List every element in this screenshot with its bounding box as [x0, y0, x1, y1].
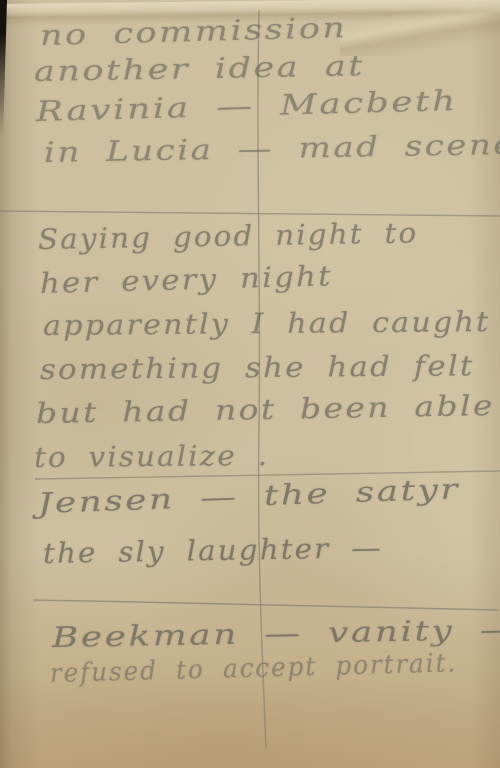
handwritten-line: the sly laughter — — [43, 532, 383, 570]
handwritten-line: Saying good night to — [38, 217, 419, 256]
handwritten-line: another idea at — [34, 50, 365, 88]
handwritten-line: her every night — [40, 260, 334, 300]
handwritten-line: but had not been able — [36, 390, 495, 430]
handwritten-line: to visualize . — [34, 440, 269, 474]
handwritten-line: refused to accept portrait. — [50, 649, 458, 690]
scan-edge-top-left — [0, 0, 7, 135]
horizontal-pencil-rule-1 — [0, 211, 500, 216]
paper-fold-top-right — [340, 0, 500, 56]
handwritten-line: apparently I had caught — [43, 306, 491, 342]
handwritten-line: no commission — [40, 12, 348, 52]
horizontal-pencil-rule-3 — [33, 600, 498, 610]
handwritten-note-page: no commission another idea at Ravinia — … — [0, 0, 500, 768]
handwritten-line: in Lucia — mad scene — [44, 129, 500, 169]
handwritten-line: something she had felt — [40, 350, 475, 386]
handwritten-line: Ravinia — Macbeth — [36, 85, 458, 128]
handwritten-line: Jensen — the satyr — [37, 473, 460, 520]
